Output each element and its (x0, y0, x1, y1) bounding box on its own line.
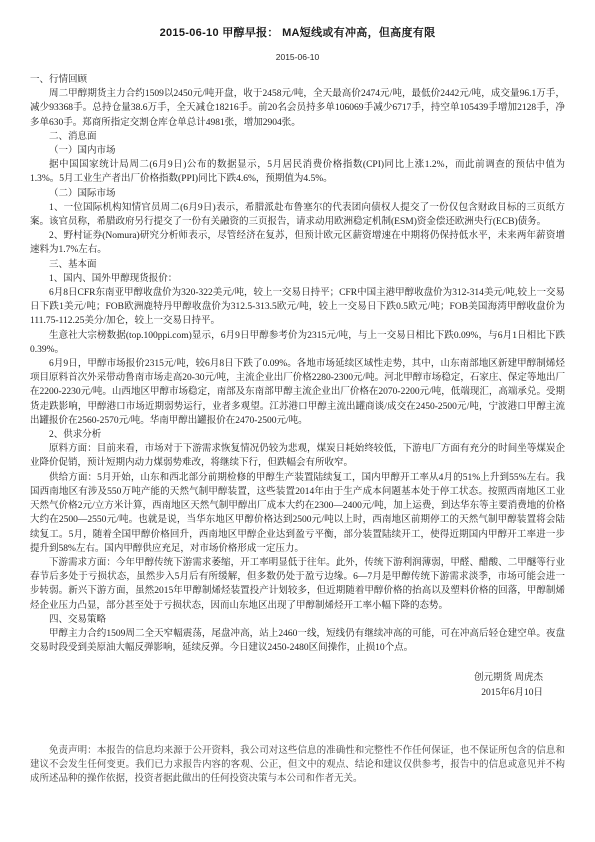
signature-date: 2015年6月10日 (30, 686, 543, 700)
paragraph: 6月9日，甲醇市场报价2315元/吨，较6月8日下跌了0.09%。各地市场延续区… (30, 357, 565, 428)
paragraph: 甲醇主力合约1509周二全天窄幅震荡，尾盘冲高，站上2460一线，短线仍有继续冲… (30, 627, 565, 655)
paragraph: 1、一位国际机构知情官员周二(6月9日)表示，希腊派赴布鲁塞尔的代表团向债权人提… (30, 201, 565, 229)
paragraph: 生意社大宗榜数据(top.100ppi.com)显示，6月9日甲醇参考价为231… (30, 329, 565, 357)
paragraph: 2、野村证券(Nomura)研究分析师表示，尽管经济在复苏，但预计欧元区薪资增速… (30, 229, 565, 257)
report-date: 2015-06-10 (0, 52, 595, 62)
paragraph: 二、消息面 (30, 130, 565, 144)
report-body: 一、行情回顾周二甲醇期货主力合约1509以2450元/吨开盘，收于2458元/吨… (30, 73, 565, 655)
paragraph: 2、供求分析 (30, 428, 565, 442)
paragraph: 6月8日CFR东南亚甲醇收盘价为320-322美元/吨，较上一交易日持平；CFR… (30, 286, 565, 329)
disclaimer: 免责声明：本报告的信息均来源于公开资料，我公司对这些信息的准确性和完整性不作任何… (30, 744, 565, 787)
paragraph: （二）国际市场 (30, 187, 565, 201)
paragraph: 四、交易策略 (30, 613, 565, 627)
report-page: 2015-06-10 甲醇早报： MA短线或有冲高，但高度有限 2015-06-… (0, 0, 595, 842)
paragraph: 一、行情回顾 (30, 73, 565, 87)
paragraph: 据中国国家统计局周二(6月9日)公布的数据显示，5月居民消费价格指数(CPI)同… (30, 158, 565, 186)
report-title: 2015-06-10 甲醇早报： MA短线或有冲高，但高度有限 (0, 0, 595, 40)
paragraph: 三、基本面 (30, 258, 565, 272)
paragraph: 周二甲醇期货主力合约1509以2450元/吨开盘，收于2458元/吨，全天最高价… (30, 87, 565, 130)
paragraph: 下游需求方面：今年甲醇传统下游需求萎缩，开工率明显低于往年。此外，传统下游利润薄… (30, 556, 565, 613)
paragraph: （一）国内市场 (30, 144, 565, 158)
paragraph: 供给方面：5月开始，山东和西北部分前期检修的甲醇生产装置陆续复工，国内甲醇开工率… (30, 471, 565, 556)
paragraph: 1、国内、国外甲醇现货报价： (30, 272, 565, 286)
signature-block: 创元期货 周虎杰 2015年6月10日 (30, 671, 543, 699)
paragraph: 原料方面：目前来看，市场对于下游需求恢复情况仍较为悲观，煤炭日耗始终较低，下游电… (30, 442, 565, 470)
signature-author: 创元期货 周虎杰 (30, 671, 543, 685)
